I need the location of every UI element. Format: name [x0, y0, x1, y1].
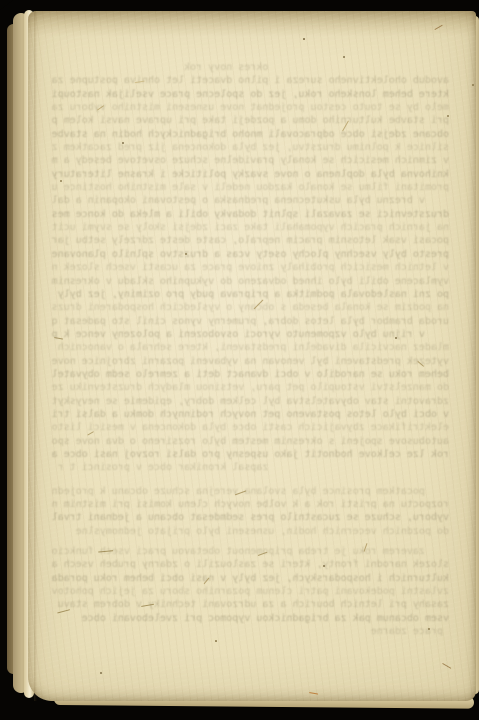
- paper-speck: [185, 253, 187, 255]
- ghost-text-line: rok lze celkove hodnotit jako uspesny pr…: [35, 448, 449, 461]
- document-page: okres novy rokavodub oholektivneho surez…: [28, 11, 476, 701]
- ghost-text-line: zvlastni podekovani patri clenum pozarni…: [35, 585, 449, 598]
- ghost-text-line: avodub oholektivneho sureza i pilno dvac…: [35, 74, 449, 87]
- ghost-text-line: obcane zdejsi obce odpracovali mnoho bri…: [35, 128, 449, 141]
- ghost-text-line: uroda brambor byla letos dobra, prumerny…: [35, 315, 449, 328]
- ghost-text-line: v obci bylo letos postaveno pet novych r…: [35, 408, 449, 421]
- ghost-text-block: zaverem roku je treba pripomenout obetav…: [35, 545, 449, 638]
- paper-speck: [122, 142, 124, 144]
- ghost-text-line: zdravotni stav obyvatelstva byl celkem d…: [35, 395, 449, 408]
- ghost-text-line: na jarnich pracich vypomahali take zaci …: [35, 221, 449, 234]
- ghost-text-line: promitani filmu se konalo kazdou nedeli …: [35, 181, 449, 194]
- paper-speck: [472, 84, 474, 86]
- ghost-text-line: vyboru, schuze se zucastnilo pres sedmde…: [35, 511, 449, 524]
- ghost-text-line: knihovna byla doplnena o nove svazky pol…: [35, 168, 449, 181]
- ghost-text-line: vytezek predstaveni byl venovan na vybav…: [35, 355, 449, 368]
- paper-speck: [343, 56, 345, 58]
- ghost-text-line: okres novy rok: [35, 61, 449, 74]
- ghost-text: okres novy rokavodub oholektivneho surez…: [35, 61, 449, 661]
- paper-speck: [447, 115, 449, 117]
- scanner-background-corner: [0, 0, 50, 11]
- ghost-text-line: vsem obcanum pak za brigadnickou vypomoc…: [35, 612, 449, 625]
- ghost-text-line: v zimnich mesicich se konaly pravidelne …: [35, 154, 449, 167]
- ghost-text-line: pri stavbe kulturniho domu a pozdeji tak…: [35, 114, 449, 127]
- ghost-text-line: melo by se touto cestou projednat nove u…: [35, 101, 449, 114]
- paper-speck: [100, 672, 102, 674]
- ghost-text-line: rozpoctu na pristi rok a k volbe novych …: [35, 498, 449, 511]
- ghost-text-line: zaverem roku je treba pripomenout obetav…: [35, 545, 449, 558]
- ghost-text-line: do pozdnich vecernich hodin, usneseni by…: [35, 525, 449, 538]
- paper-speck: [215, 640, 217, 642]
- ghost-text-line: mladez nacvicila divadelni predstaveni, …: [35, 341, 449, 354]
- paper-speck: [395, 337, 397, 339]
- ghost-text-line: ktere behem lonskeho roku, jez do spolec…: [35, 88, 449, 101]
- paper-speck: [303, 38, 305, 40]
- ghost-text-line: pocasi vsak letosnim pracim nepralo, cas…: [35, 234, 449, 247]
- ghost-text-line: v breznu byla uskutecnena prednaska o pe…: [35, 194, 449, 207]
- paper-speck: [60, 180, 62, 182]
- ghost-text-line: autobusove spojeni s okresnim mestem byl…: [35, 435, 449, 448]
- ghost-text-line: silnice k polnimu druzstvu, jez byla dok…: [35, 141, 449, 154]
- ghost-text-line: behem roku se narodilo v obci dvanact de…: [35, 368, 449, 381]
- ghost-text-line: zasahy pri letnich bourich a za udrzovan…: [35, 598, 449, 611]
- ghost-text-line: v rijnu bylo vzpomenuto vyroci osvobozen…: [35, 328, 449, 341]
- ghost-text-line: druzstevnici se zavazali splnit dodavky …: [35, 208, 449, 221]
- ghost-text-line: zapsal kronikar obce v prosinci t r: [35, 461, 449, 474]
- ghost-text-line: na podzim se konala beseda s obcany o vy…: [35, 301, 449, 314]
- ghost-text-line: kulturnich i hospodarskych, jez byly v n…: [35, 572, 449, 585]
- paper-speck: [428, 628, 430, 630]
- ghost-text-line: slozek narodni fronty, kteri se zaslouzi…: [35, 558, 449, 571]
- ghost-text-line: po zni nasledovala podmitka a priprava p…: [35, 288, 449, 301]
- ghost-text-line: vymlacene obili bylo ihned odvazeno do v…: [35, 275, 449, 288]
- ghost-text-line: elektrifikace zbyvajicich casti obce byl…: [35, 421, 449, 434]
- ghost-text-line: do manzelstvi vstoupilo pet paru, vetsin…: [35, 381, 449, 394]
- ghost-text-line: v letnich mesicich probihaly zniove prac…: [35, 261, 449, 274]
- ghost-text-line: prace zdarne: [35, 625, 449, 638]
- ghost-text-line: presto byly vsechny plochy osety vcas a …: [35, 248, 449, 261]
- paper-speck: [323, 565, 325, 567]
- book-scan: okres novy rokavodub oholektivneho surez…: [0, 0, 479, 720]
- ghost-text-block: okres novy rokavodub oholektivneho surez…: [35, 61, 449, 475]
